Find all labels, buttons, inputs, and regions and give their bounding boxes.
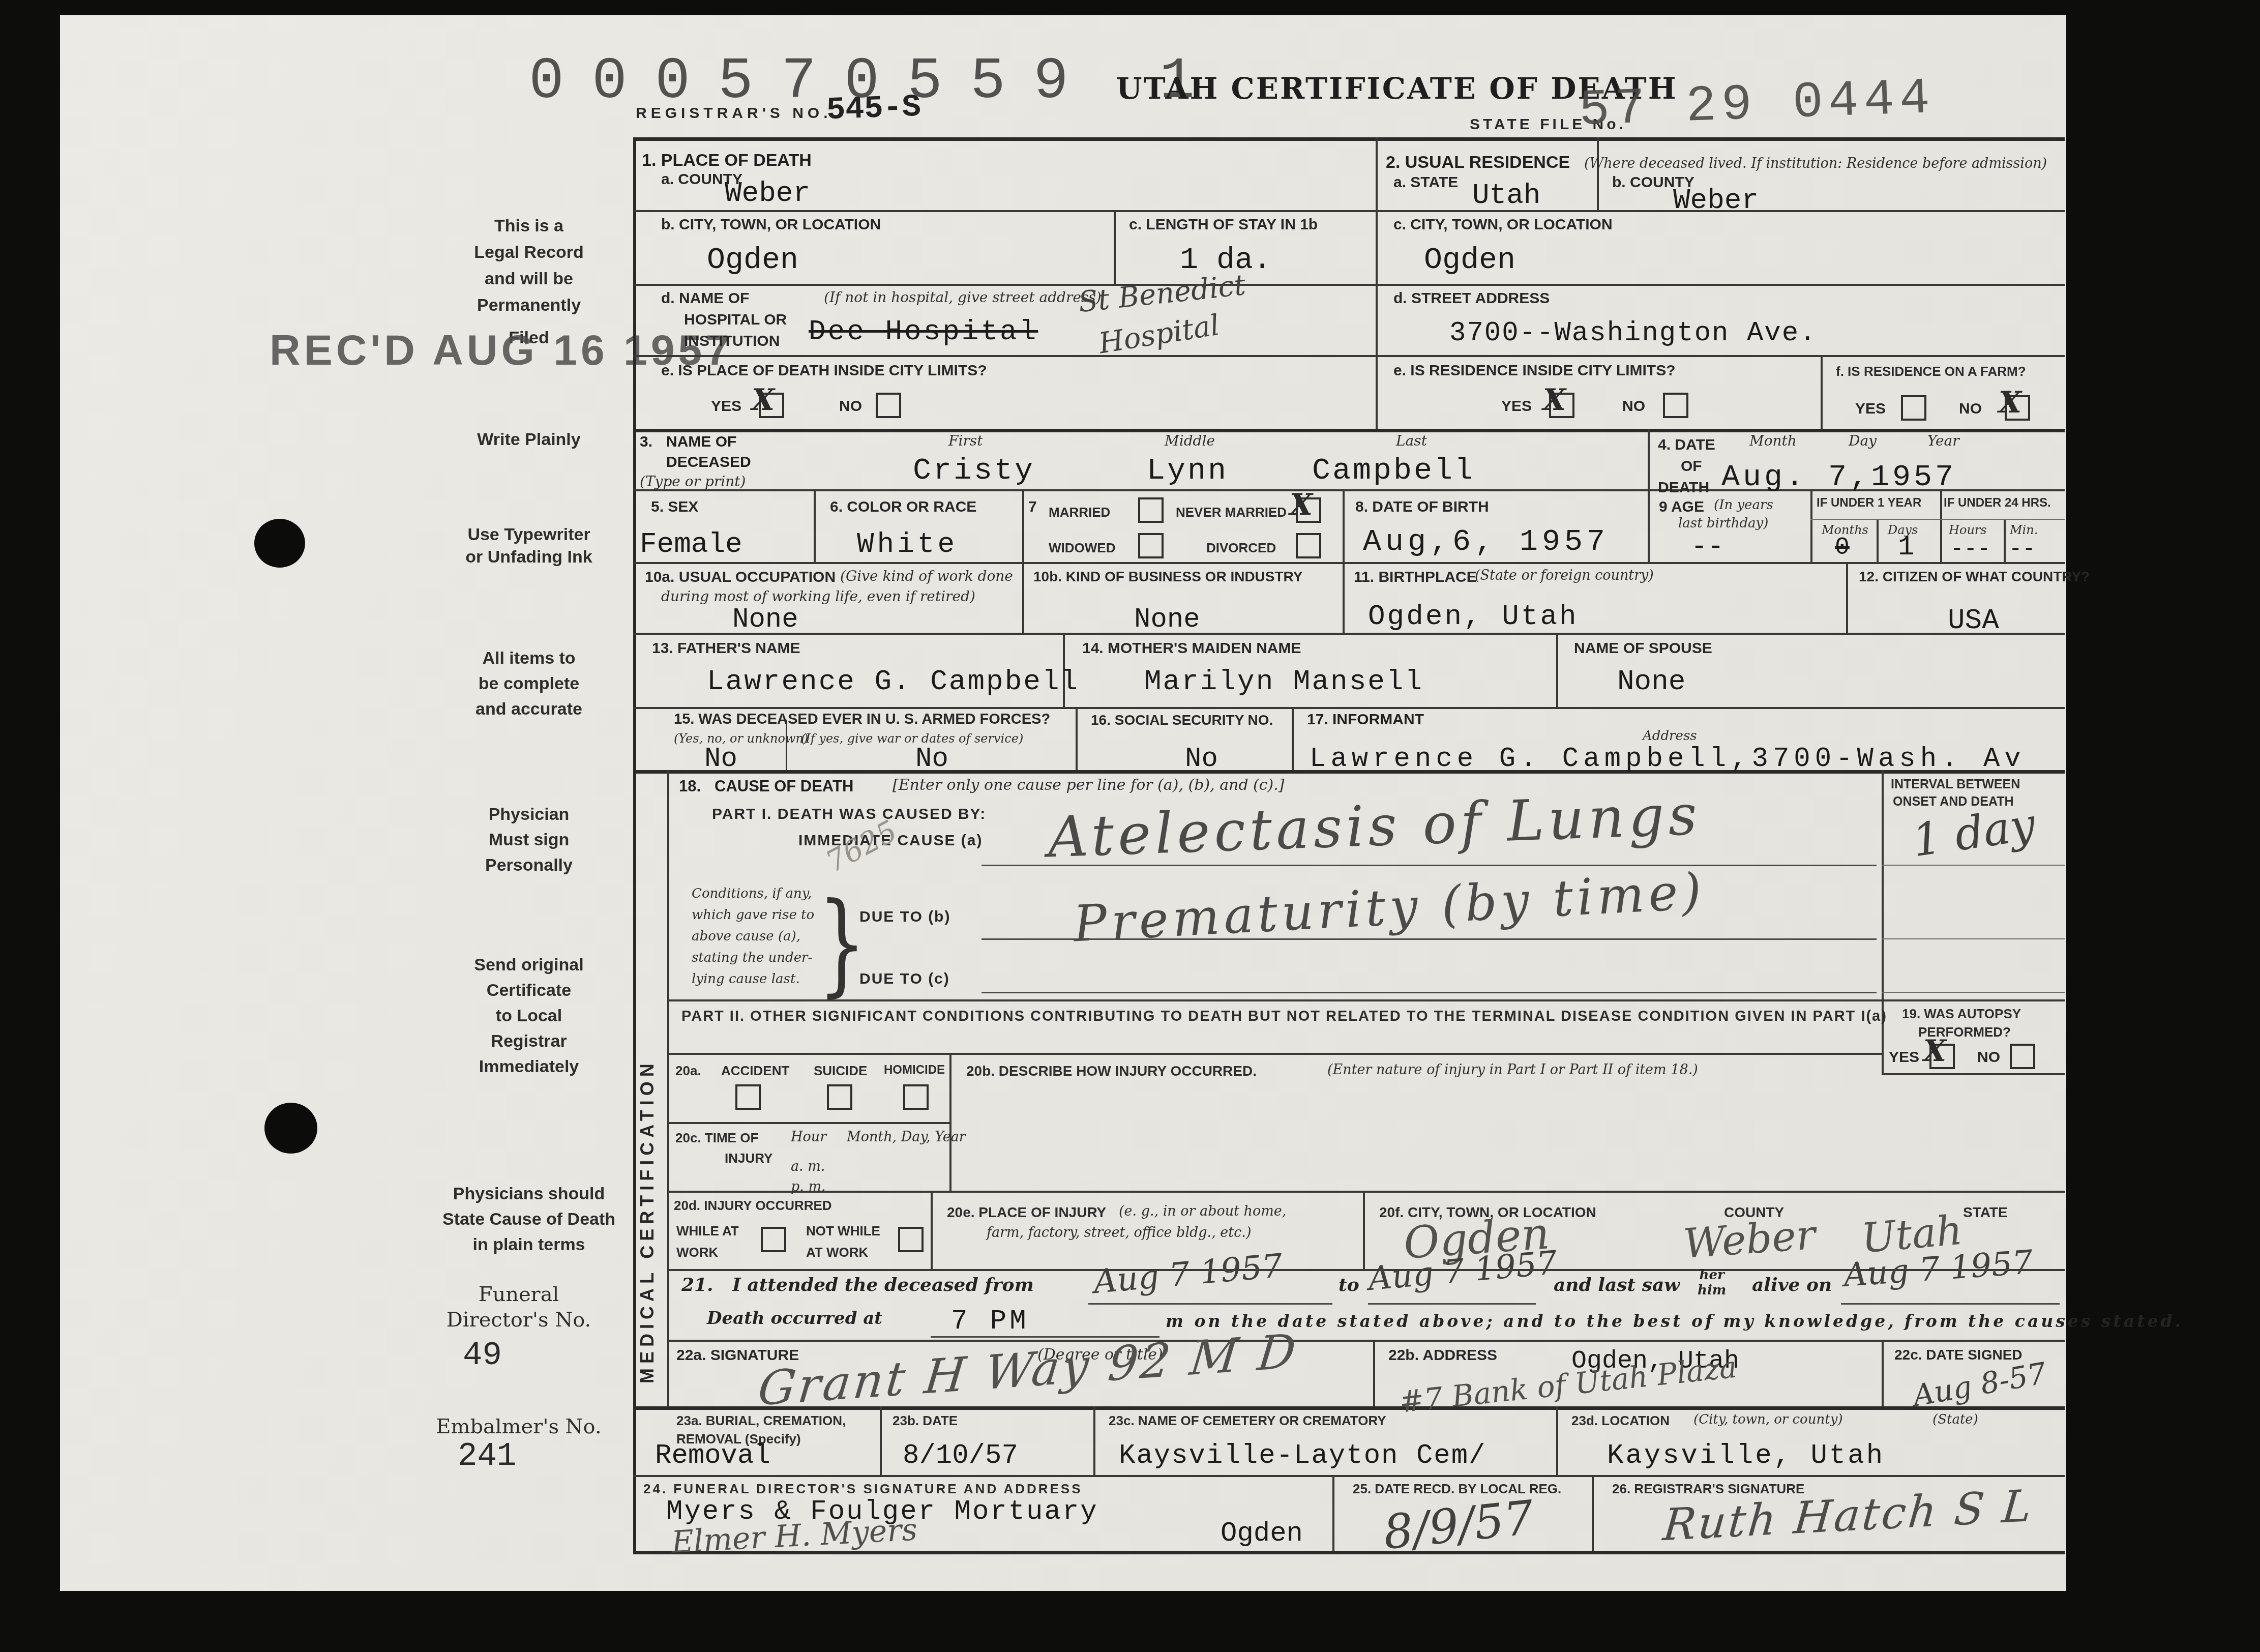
am-label: a. m. bbox=[791, 1159, 825, 1174]
sex-label: 5. SEX bbox=[651, 498, 698, 516]
homicide-label: HOMICIDE bbox=[884, 1063, 945, 1077]
divider bbox=[1882, 1073, 2065, 1075]
checkbox-x-mark: X bbox=[752, 382, 775, 417]
first-name-header: First bbox=[948, 432, 983, 449]
death-city-limits-no-checkbox bbox=[876, 393, 901, 418]
year-header: Year bbox=[1927, 432, 1959, 449]
last-name-header: Last bbox=[1396, 432, 1427, 449]
color-or-race-value: White bbox=[857, 528, 958, 560]
margin-note: Legal Record bbox=[432, 243, 626, 262]
while-at-work-label: WORK bbox=[676, 1245, 718, 1260]
funeral-director-no-label: Director's No. bbox=[412, 1308, 626, 1332]
hospital-label: HOSPITAL OR bbox=[684, 311, 787, 329]
margin-note: Physician bbox=[432, 805, 626, 824]
age-days-value: 1 bbox=[1898, 532, 1914, 563]
fathers-name-value: Lawrence G. Campbell bbox=[707, 665, 1079, 698]
citizen-value: USA bbox=[1948, 604, 1999, 637]
divider bbox=[1556, 633, 1558, 707]
name-of-spouse-value: None bbox=[1617, 665, 1685, 698]
hospital-label: INSTITUTION bbox=[684, 333, 780, 350]
divider bbox=[633, 137, 636, 1554]
citizen-label: 12. CITIZEN OF WHAT COUNTRY? bbox=[1859, 569, 2090, 585]
burial-location-value: Kaysville, Utah bbox=[1607, 1440, 1885, 1471]
injury-county-handwritten: Weber bbox=[1682, 1211, 1817, 1267]
name-of-deceased-label: DECEASED bbox=[666, 454, 751, 471]
funeral-director-label: 24. FUNERAL DIRECTOR'S SIGNATURE AND ADD… bbox=[643, 1481, 1083, 1497]
divider bbox=[2004, 520, 2006, 562]
checkbox-x-mark: X bbox=[1543, 382, 1566, 417]
no-label: NO bbox=[1622, 398, 1645, 415]
divider bbox=[667, 999, 2065, 1001]
margin-note: Certificate bbox=[432, 981, 626, 1000]
margin-note: Use Typewriter bbox=[432, 525, 626, 545]
cause-of-death-note: [Enter only one cause per line for (a), … bbox=[893, 776, 1285, 794]
divider bbox=[633, 1551, 2065, 1554]
funeral-director-city: Ogden bbox=[1221, 1518, 1303, 1549]
accident-suicide-homicide-num: 20a. bbox=[675, 1063, 701, 1079]
date-of-death-label: OF bbox=[1681, 458, 1702, 475]
armed-forces-note: (Yes, no, or unknown) bbox=[674, 731, 808, 746]
time-of-injury-label: 20c. TIME OF bbox=[675, 1130, 758, 1146]
margin-note: Physicians should bbox=[417, 1184, 641, 1204]
conditions-note: which gave rise to bbox=[692, 907, 814, 923]
city-of-death-label: b. CITY, TOWN, OR LOCATION bbox=[661, 216, 881, 233]
attended-num: 21. bbox=[681, 1274, 713, 1295]
alive-on-text: alive on bbox=[1752, 1274, 1832, 1295]
pm-label: p. m. bbox=[791, 1179, 826, 1195]
divider bbox=[1877, 520, 1879, 562]
scanned-death-certificate: { "header": { "stamp_digits": "000570559… bbox=[0, 0, 2260, 1652]
burial-value: Removal bbox=[655, 1440, 770, 1471]
divider bbox=[1810, 489, 1812, 562]
length-of-stay-label: c. LENGTH OF STAY IN 1b bbox=[1129, 216, 1318, 233]
divider bbox=[667, 1053, 1882, 1055]
divider bbox=[1648, 429, 1650, 562]
date-of-birth-label: 8. DATE OF BIRTH bbox=[1355, 498, 1489, 516]
burial-date-value: 8/10/57 bbox=[903, 1440, 1018, 1471]
divider bbox=[1882, 770, 1884, 1073]
death-city-limits-label: e. IS PLACE OF DEATH INSIDE CITY LIMITS? bbox=[661, 362, 987, 379]
cemetery-value: Kaysville-Layton Cem/ bbox=[1119, 1440, 1486, 1471]
yes-label: YES bbox=[1501, 398, 1532, 415]
month-header: Month bbox=[1749, 432, 1797, 449]
informant-value: Lawrence G. Campbell,3700-Wash. Av bbox=[1310, 744, 2026, 775]
divider bbox=[633, 137, 2065, 141]
usual-residence-header: 2. USUAL RESIDENCE bbox=[1386, 153, 1570, 172]
funeral-director-no-label: Funeral bbox=[412, 1283, 626, 1306]
punch-hole bbox=[264, 1103, 317, 1154]
accident-checkbox bbox=[735, 1084, 761, 1110]
married-label: MARRIED bbox=[1049, 505, 1110, 520]
margin-note: All items to bbox=[432, 648, 626, 668]
usual-occupation-value: None bbox=[732, 604, 798, 635]
mothers-maiden-name-value: Marilyn Mansell bbox=[1144, 665, 1423, 698]
business-industry-label: 10b. KIND OF BUSINESS OR INDUSTRY bbox=[1033, 569, 1302, 585]
residence-farm-label: f. IS RESIDENCE ON A FARM? bbox=[1836, 364, 2026, 379]
no-label: NO bbox=[1977, 1049, 2000, 1066]
margin-note: Registrar bbox=[432, 1031, 626, 1051]
never-married-label: NEVER MARRIED bbox=[1176, 505, 1287, 520]
date-of-death-value: Aug. 7,1957 bbox=[1721, 460, 1956, 495]
name-of-deceased-label: NAME OF bbox=[666, 433, 736, 451]
describe-injury-note: (Enter nature of injury in Part I or Par… bbox=[1327, 1062, 1698, 1078]
residence-state-label: a. STATE bbox=[1393, 174, 1458, 191]
punch-hole bbox=[254, 519, 305, 568]
medical-certification-label: MEDICAL CERTIFICATION bbox=[637, 793, 665, 1383]
divider bbox=[633, 284, 2065, 286]
social-security-label: 16. SOCIAL SECURITY NO. bbox=[1091, 712, 1273, 728]
divider bbox=[1821, 355, 1823, 429]
color-or-race-label: 6. COLOR OR RACE bbox=[830, 498, 976, 516]
suicide-label: SUICIDE bbox=[814, 1063, 867, 1079]
margin-note: State Cause of Death bbox=[417, 1209, 641, 1229]
month-day-year-header: Month, Day, Year bbox=[847, 1129, 966, 1145]
residence-city-label: c. CITY, TOWN, OR LOCATION bbox=[1393, 216, 1613, 233]
divider bbox=[1363, 1191, 1365, 1269]
not-while-at-work-checkbox bbox=[898, 1227, 924, 1252]
attended-to-line bbox=[1368, 1303, 1536, 1305]
no-label: NO bbox=[1959, 400, 1982, 418]
type-or-print-note: (Type or print) bbox=[640, 473, 746, 490]
part2-label: PART II. OTHER SIGNIFICANT CONDITIONS CO… bbox=[681, 1008, 1887, 1025]
divider bbox=[1882, 1340, 1884, 1406]
divider bbox=[1940, 489, 1942, 562]
cause-of-death-num: 18. bbox=[679, 777, 701, 795]
margin-note: Immediately bbox=[432, 1057, 626, 1077]
accident-label: ACCIDENT bbox=[721, 1063, 789, 1079]
usual-occupation-note: (Give kind of work done bbox=[840, 568, 1013, 584]
divorced-checkbox bbox=[1296, 533, 1321, 558]
divider bbox=[949, 1053, 951, 1191]
her-him-stack: her him bbox=[1698, 1267, 1726, 1298]
conditions-note: Conditions, if any, bbox=[692, 886, 812, 901]
divorced-label: DIVORCED bbox=[1206, 540, 1276, 556]
hours-header: Hours bbox=[1949, 523, 1987, 537]
margin-note: This is a bbox=[432, 216, 626, 236]
checkbox-x-mark: X bbox=[1999, 385, 2021, 420]
divider bbox=[1882, 865, 2065, 866]
yes-label: YES bbox=[711, 398, 741, 415]
age-note: last birthday) bbox=[1678, 516, 1768, 531]
burial-location-label: 23d. LOCATION bbox=[1571, 1413, 1670, 1429]
registrar-no-label: REGISTRAR'S NO. bbox=[636, 105, 832, 122]
attended-to-text: to bbox=[1339, 1274, 1359, 1295]
divider bbox=[1376, 137, 1378, 429]
margin-note: Send original bbox=[432, 955, 626, 975]
divider bbox=[1076, 707, 1078, 770]
suicide-checkbox bbox=[827, 1084, 852, 1110]
him-text: him bbox=[1698, 1283, 1726, 1298]
sex-value: Female bbox=[640, 528, 742, 560]
social-security-value: No bbox=[1185, 744, 1218, 775]
cause-line-c bbox=[982, 992, 1877, 993]
no-label: NO bbox=[839, 398, 862, 415]
last-seen-line bbox=[1841, 1303, 2060, 1305]
informant-label: 17. INFORMANT bbox=[1307, 711, 1424, 728]
city-of-death-value: Ogden bbox=[707, 243, 798, 278]
hour-header: Hour bbox=[791, 1129, 826, 1145]
divider bbox=[880, 1406, 882, 1475]
attended-from-line bbox=[1088, 1303, 1332, 1305]
embalmer-no-label: Embalmer's No. bbox=[412, 1415, 626, 1438]
while-at-work-checkbox bbox=[761, 1227, 786, 1252]
autopsy-label: 19. WAS AUTOPSY bbox=[1902, 1006, 2021, 1022]
residence-city-limits-no-checkbox bbox=[1663, 393, 1688, 418]
margin-note: be complete bbox=[432, 674, 626, 694]
cemetery-label: 23c. NAME OF CEMETERY OR CREMATORY bbox=[1109, 1413, 1386, 1429]
usual-residence-note: (Where deceased lived. If institution: R… bbox=[1584, 156, 2047, 171]
married-checkbox bbox=[1138, 497, 1164, 523]
due-to-b-label: DUE TO (b) bbox=[859, 908, 950, 926]
divider bbox=[1022, 489, 1024, 633]
not-while-at-work-label: NOT WHILE bbox=[806, 1223, 880, 1239]
conditions-note: stating the under- bbox=[692, 950, 812, 965]
armed-forces-war-value: No bbox=[915, 744, 948, 775]
first-name-value: Cristy bbox=[913, 454, 1035, 488]
date-signed-label: 22c. DATE SIGNED bbox=[1894, 1347, 2023, 1363]
autopsy-no-checkbox bbox=[2010, 1044, 2035, 1069]
county-of-death-value: Weber bbox=[725, 177, 810, 210]
name-of-deceased-num: 3. bbox=[640, 433, 652, 451]
usual-occupation-label: 10a. USUAL OCCUPATION bbox=[645, 569, 836, 586]
injury-state-header: STATE bbox=[1963, 1204, 2008, 1221]
divider bbox=[1556, 1406, 1558, 1475]
divider bbox=[667, 1340, 2065, 1342]
conditions-note: lying cause last. bbox=[692, 971, 800, 987]
address-label: 22b. ADDRESS bbox=[1388, 1347, 1497, 1364]
margin-note: Personally bbox=[432, 855, 626, 875]
margin-note: Must sign bbox=[432, 830, 626, 850]
last-name-value: Campbell bbox=[1312, 454, 1475, 488]
date-of-birth-value: Aug,6, 1957 bbox=[1363, 525, 1609, 559]
street-address-value: 3700--Washington Ave. bbox=[1449, 318, 1817, 349]
burial-location-note: (City, town, or county) bbox=[1693, 1412, 1843, 1427]
fathers-name-label: 13. FATHER'S NAME bbox=[652, 640, 800, 657]
divider bbox=[814, 489, 816, 562]
date-of-death-label: 4. DATE bbox=[1658, 436, 1715, 454]
divider bbox=[1332, 1475, 1334, 1551]
margin-note: and will be bbox=[432, 269, 626, 289]
part1-label: PART I. DEATH WAS CAUSED BY: bbox=[712, 806, 986, 823]
divider bbox=[633, 562, 2065, 564]
divider bbox=[1882, 992, 2065, 993]
death-time-value: 7 PM bbox=[951, 1306, 1029, 1337]
while-at-work-label: WHILE AT bbox=[676, 1223, 739, 1239]
divider bbox=[667, 770, 669, 1406]
not-while-at-work-label: AT WORK bbox=[806, 1245, 868, 1260]
residence-city-limits-label: e. IS RESIDENCE INSIDE CITY LIMITS? bbox=[1393, 362, 1676, 379]
divider bbox=[633, 633, 2065, 635]
divider bbox=[667, 1122, 949, 1124]
marital-status-num: 7 bbox=[1028, 498, 1037, 516]
time-of-injury-label: INJURY bbox=[725, 1150, 772, 1166]
cause-of-death-header: CAUSE OF DEATH bbox=[715, 777, 853, 795]
date-of-death-label: DEATH bbox=[1658, 479, 1709, 496]
age-value: -- bbox=[1691, 532, 1724, 563]
conditions-note: above cause (a), bbox=[692, 929, 800, 944]
divider bbox=[1343, 489, 1345, 633]
conditions-brace: } bbox=[818, 880, 866, 1008]
divider bbox=[1114, 210, 1116, 284]
divider bbox=[633, 1475, 2065, 1477]
margin-note: to Local bbox=[432, 1006, 626, 1026]
interval-label: INTERVAL BETWEEN bbox=[1891, 777, 2020, 792]
divider bbox=[633, 210, 2065, 212]
age-label: 9 AGE bbox=[1659, 498, 1704, 516]
margin-note: Write Plainly bbox=[432, 430, 626, 450]
divider bbox=[1373, 1340, 1375, 1406]
registrar-no-value: 545-S bbox=[826, 89, 921, 128]
divider bbox=[1882, 938, 2065, 939]
if-under-1-year-label: IF UNDER 1 YEAR bbox=[1817, 496, 1921, 510]
death-occurred-text: m on the date stated above; and to the b… bbox=[1166, 1311, 2183, 1331]
injury-occurred-label: 20d. INJURY OCCURRED bbox=[674, 1198, 832, 1214]
residence-county-value: Weber bbox=[1673, 184, 1759, 217]
margin-note: in plain terms bbox=[417, 1235, 641, 1255]
armed-forces-label: 15. WAS DECEASED EVER IN U. S. ARMED FOR… bbox=[674, 711, 1050, 728]
day-header: Day bbox=[1849, 432, 1877, 449]
divider bbox=[1592, 1475, 1594, 1551]
age-note: (In years bbox=[1714, 497, 1773, 513]
describe-injury-label: 20b. DESCRIBE HOW INJURY OCCURRED. bbox=[966, 1063, 1257, 1079]
divider bbox=[1846, 562, 1848, 633]
last-saw-text: and last saw bbox=[1554, 1274, 1680, 1295]
birthplace-label: 11. BIRTHPLACE bbox=[1354, 569, 1477, 586]
residence-city-value: Ogden bbox=[1424, 243, 1515, 278]
street-address-label: d. STREET ADDRESS bbox=[1393, 290, 1550, 307]
armed-forces-note: (If yes, give war or dates of service) bbox=[801, 731, 1023, 746]
min-header: Min. bbox=[2010, 523, 2038, 537]
age-hours-value: --- bbox=[1950, 537, 1990, 562]
h ospital-value-struck: Dee Hospital bbox=[809, 315, 1038, 348]
birthplace-note: (State or foreign country) bbox=[1475, 568, 1654, 583]
divider bbox=[633, 707, 2065, 709]
age-min-value: -- bbox=[2009, 537, 2036, 562]
divider bbox=[1093, 1406, 1095, 1475]
death-occurred-text: Death occurred at bbox=[707, 1308, 882, 1329]
place-of-death-header: 1. PLACE OF DEATH bbox=[642, 151, 812, 170]
margin-note: and accurate bbox=[432, 699, 626, 719]
funeral-director-no-value: 49 bbox=[463, 1338, 502, 1374]
divider bbox=[931, 1191, 933, 1269]
place-of-injury-note: (e. g., in or about home, bbox=[1119, 1203, 1286, 1219]
usual-occupation-note: during most of working life, even if ret… bbox=[661, 588, 975, 605]
birthplace-value: Ogden, Utah bbox=[1368, 600, 1579, 633]
yes-label: YES bbox=[1889, 1049, 1919, 1066]
residence-state-value: Utah bbox=[1472, 179, 1540, 212]
divider bbox=[1292, 707, 1294, 770]
widowed-label: WIDOWED bbox=[1049, 540, 1115, 556]
mothers-maiden-name-label: 14. MOTHER'S MAIDEN NAME bbox=[1082, 640, 1301, 657]
margin-note: Permanently bbox=[432, 296, 626, 315]
middle-name-value: Lynn bbox=[1147, 454, 1228, 488]
widowed-checkbox bbox=[1138, 533, 1164, 558]
burial-location-state-note: (State) bbox=[1932, 1412, 1978, 1427]
burial-label: 23a. BURIAL, CREMATION, bbox=[676, 1413, 846, 1429]
attended-text: I attended the deceased from bbox=[732, 1274, 1034, 1295]
checkbox-x-mark: X bbox=[1290, 487, 1313, 522]
burial-date-label: 23b. DATE bbox=[893, 1413, 958, 1429]
hospital-label: d. NAME OF bbox=[661, 290, 749, 307]
place-of-injury-note: farm, factory, street, office bldg., etc… bbox=[987, 1225, 1251, 1241]
divider bbox=[1597, 137, 1599, 210]
if-under-24-hrs-label: IF UNDER 24 HRS. bbox=[1944, 496, 2051, 510]
her-text: her bbox=[1698, 1267, 1726, 1283]
divider bbox=[667, 1191, 2065, 1193]
business-industry-value: None bbox=[1134, 604, 1200, 635]
residence-farm-yes-checkbox bbox=[1901, 395, 1926, 421]
embalmer-no-value: 241 bbox=[458, 1438, 516, 1475]
homicide-checkbox bbox=[903, 1084, 929, 1110]
yes-label: YES bbox=[1855, 400, 1886, 418]
due-to-c-label: DUE TO (c) bbox=[859, 970, 950, 988]
hospital-note: (If not in hospital, give street address… bbox=[824, 289, 1102, 306]
name-of-spouse-label: NAME OF SPOUSE bbox=[1574, 640, 1712, 657]
armed-forces-value: No bbox=[704, 744, 737, 775]
divider bbox=[633, 355, 2065, 357]
middle-name-header: Middle bbox=[1165, 432, 1215, 449]
checkbox-x-mark: X bbox=[1923, 1034, 1946, 1068]
divider bbox=[633, 429, 2065, 432]
divider bbox=[1810, 519, 2065, 520]
place-of-injury-label: 20e. PLACE OF INJURY bbox=[947, 1204, 1106, 1221]
informant-address-header: Address bbox=[1643, 728, 1697, 744]
age-months-value: 0 bbox=[1835, 534, 1850, 562]
margin-note: or Unfading Ink bbox=[432, 547, 626, 567]
